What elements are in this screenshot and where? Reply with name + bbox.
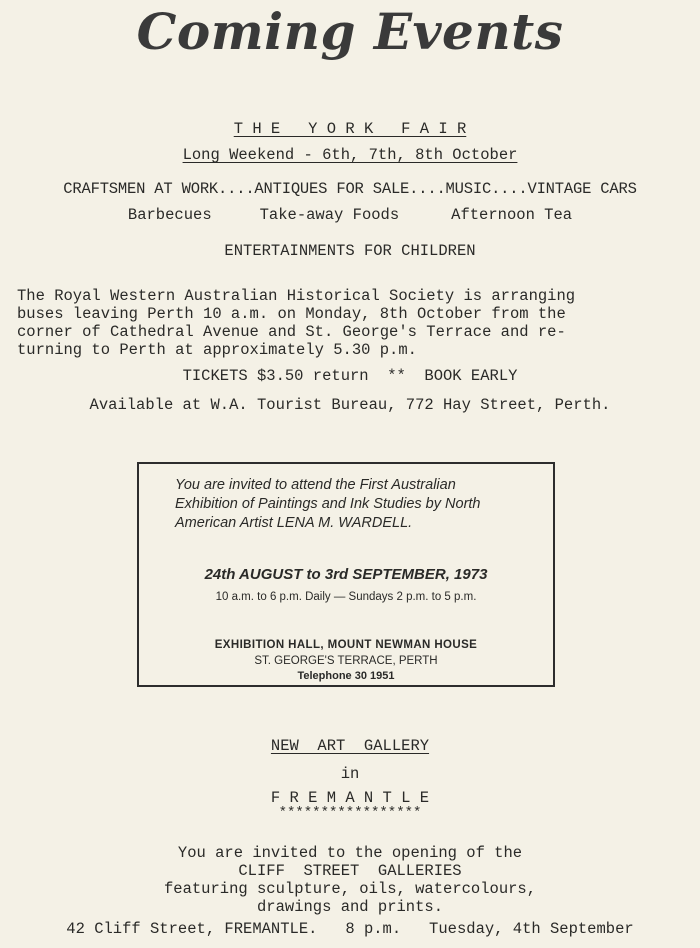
york-fair-attractions: CRAFTSMEN AT WORK....ANTIQUES FOR SALE..…	[0, 180, 700, 198]
gallery-heading: NEW ART GALLERY	[0, 737, 700, 755]
gallery-name: CLIFF STREET GALLERIES	[0, 862, 700, 880]
gallery-in: in	[0, 765, 700, 783]
stars-divider: *****************	[0, 805, 700, 821]
york-fair-dates: Long Weekend - 6th, 7th, 8th October	[0, 146, 700, 164]
york-fair-children: ENTERTAINMENTS FOR CHILDREN	[0, 242, 700, 260]
exhibition-dates: 24th AUGUST to 3rd SEPTEMBER, 1973	[139, 566, 553, 583]
exhibition-telephone: Telephone 30 1951	[139, 670, 553, 682]
exhibition-hours: 10 a.m. to 6 p.m. Daily — Sundays 2 p.m.…	[139, 591, 553, 603]
gallery-details: 42 Cliff Street, FREMANTLE. 8 p.m. Tuesd…	[0, 920, 700, 938]
exhibition-venue: EXHIBITION HALL, MOUNT NEWMAN HOUSE	[139, 639, 553, 651]
gallery-media: drawings and prints.	[0, 898, 700, 916]
availability-line: Available at W.A. Tourist Bureau, 772 Ha…	[0, 396, 700, 414]
food-item: Barbecues	[128, 206, 212, 224]
food-item: Afternoon Tea	[451, 206, 572, 224]
exhibition-invitation: You are invited to attend the First Aust…	[175, 476, 545, 533]
gallery-invite: You are invited to the opening of the	[0, 844, 700, 862]
food-item: Take-away Foods	[260, 206, 400, 224]
newsletter-page: Coming Events T H E Y O R K F A I R Long…	[0, 0, 700, 948]
exhibition-notice: You are invited to attend the First Aust…	[137, 462, 555, 687]
bus-paragraph: The Royal Western Australian Historical …	[17, 287, 657, 359]
exhibition-street: ST. GEORGE'S TERRACE, PERTH	[139, 655, 553, 667]
york-fair-heading: T H E Y O R K F A I R	[0, 120, 700, 138]
york-fair-food: BarbecuesTake-away FoodsAfternoon Tea	[0, 206, 700, 224]
gallery-featuring: featuring sculpture, oils, watercolours,	[0, 880, 700, 898]
tickets-line: TICKETS $3.50 return ** BOOK EARLY	[0, 367, 700, 385]
page-title: Coming Events	[0, 2, 700, 61]
